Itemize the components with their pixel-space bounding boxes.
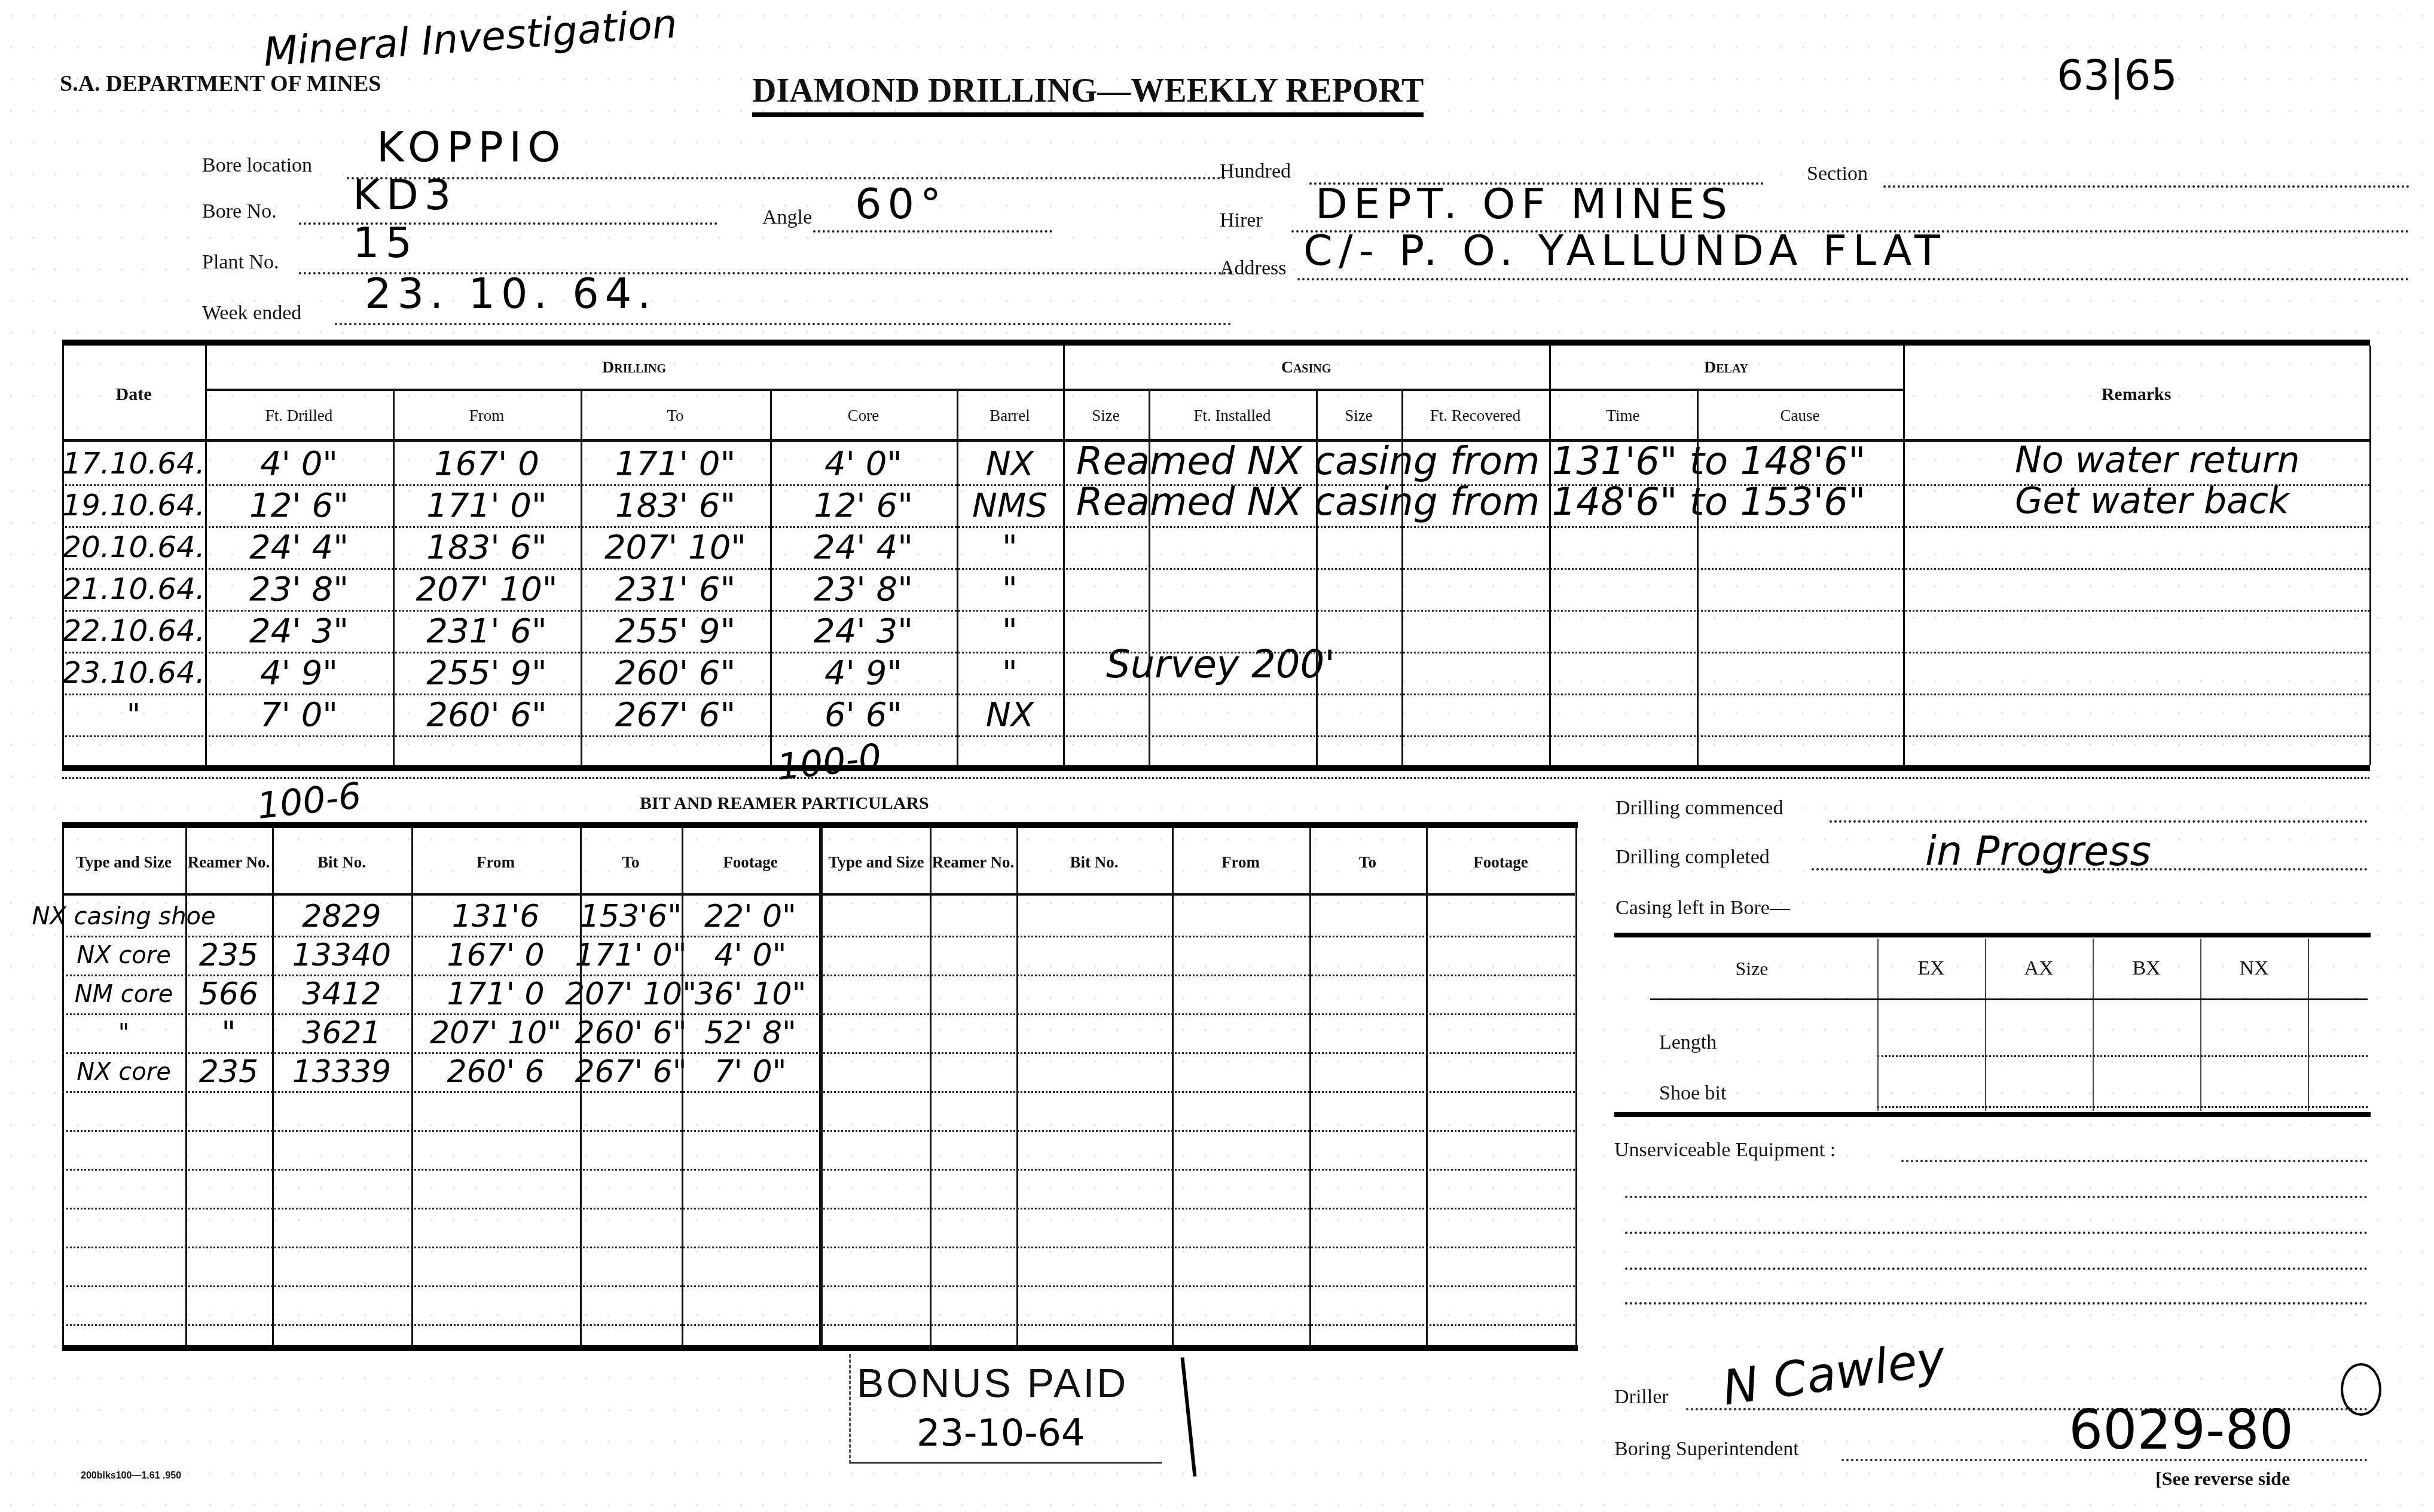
bore-location-label: Bore location: [202, 154, 312, 177]
casing-size-label: Size: [1626, 939, 1877, 998]
cell-ft-drilled: 23' 8": [205, 568, 393, 610]
pen-stroke: [1181, 1357, 1197, 1477]
table-column-rule: [1903, 346, 1905, 765]
cell-from: 183' 6": [393, 526, 581, 568]
column-header: To: [581, 389, 770, 442]
cell-date: 17.10.64.: [62, 442, 205, 484]
bore-no-label: Bore No.: [202, 200, 277, 223]
survey-note: Survey 200': [1106, 643, 1335, 687]
bit-cell-from: 167' 0: [411, 936, 580, 975]
bit-cell-from: 131'6: [411, 897, 580, 936]
cell-date: 22.10.64.: [62, 610, 205, 652]
bit-cell-footage: 22' 0": [682, 897, 819, 936]
column-header: Ft. Recovered: [1401, 389, 1549, 442]
column-header: From: [393, 389, 581, 442]
table-column-rule: [205, 346, 207, 765]
bit-row-rule: [62, 1208, 1575, 1209]
bit-column-rule: [1172, 828, 1174, 1345]
department-name: S.A. DEPARTMENT OF MINES: [60, 71, 381, 97]
week-ended-label: Week ended: [202, 302, 301, 325]
angle-label: Angle: [762, 206, 812, 229]
print-code: 200blks100—1.61 .950: [81, 1471, 181, 1482]
table-column-rule: [581, 389, 582, 765]
column-header: Size: [1063, 389, 1149, 442]
bit-column-rule: [819, 828, 823, 1345]
table-column-rule: [2369, 346, 2371, 765]
table-column-rule: [1549, 346, 1551, 765]
casing-row-length: Length: [1659, 1031, 1717, 1054]
cell-ft-drilled: 24' 4": [205, 526, 393, 568]
bit-cell-type: NX core: [62, 936, 185, 975]
bit-cell-to: 260' 6": [580, 1013, 682, 1052]
column-header: Ft. Drilled: [205, 389, 393, 442]
bore-no-value[interactable]: KD3: [353, 170, 457, 219]
unserviceable-label: Unserviceable Equipment :: [1614, 1139, 1836, 1162]
row-rule: [62, 694, 2369, 695]
bit-column-header: To: [1309, 828, 1426, 897]
address-value[interactable]: C/- P. O. YALLUNDA FLAT: [1303, 226, 1946, 275]
cell-ft-drilled: 24' 3": [205, 610, 393, 652]
bit-cell-reamer: [185, 897, 272, 936]
row-rule: [62, 526, 2369, 528]
bit-row-rule: [62, 1247, 1575, 1248]
bit-row-rule: [62, 1169, 1575, 1171]
bit-row-rule: [62, 1324, 1575, 1326]
margin-note-2: 100-0: [775, 736, 884, 789]
casing-row-rule: [1877, 1106, 2368, 1108]
plant-no-label: Plant No.: [202, 251, 279, 274]
header-delay: Delay: [1549, 347, 1903, 389]
header-drilling: Drilling: [205, 347, 1063, 389]
driller-signature: N Cawley: [1719, 1330, 1949, 1416]
casing-row-rule: [1877, 1055, 2368, 1057]
subheader-rule: [205, 389, 1903, 391]
row-rule: [62, 610, 2369, 612]
header-date: Date: [62, 347, 205, 442]
hirer-value[interactable]: DEPT. OF MINES: [1315, 179, 1733, 228]
drilling-commenced-label: Drilling commenced: [1615, 797, 1783, 820]
file-reference: 63|65: [2057, 51, 2178, 100]
bit-column-header: Footage: [682, 828, 819, 897]
bit-table-title: BIT AND REAMER PARTICULARS: [640, 793, 929, 814]
bit-cell-to: 153'6": [580, 897, 682, 936]
column-header: Ft. Installed: [1149, 389, 1316, 442]
section-label: Section: [1807, 163, 1868, 185]
stamp-date: 23-10-64: [917, 1411, 1085, 1455]
cell-ft-drilled: 4' 0": [205, 442, 393, 484]
week-ended-value[interactable]: 23. 10. 64.: [365, 269, 656, 318]
annotation-mineral-investigation: Mineral Investigation: [262, 1, 679, 75]
bit-column-header: Bit No.: [272, 828, 411, 897]
bit-column-rule: [1426, 828, 1428, 1345]
bit-column-header: Reamer No.: [185, 828, 272, 897]
cell-core: 23' 8": [770, 568, 957, 610]
table-column-rule: [1697, 389, 1699, 765]
bit-row-rule: [62, 1130, 1575, 1132]
column-header: Size: [1316, 389, 1401, 442]
remark-2: Get water back: [2015, 480, 2289, 522]
superintendent-label: Boring Superintendent: [1614, 1438, 1799, 1461]
bit-cell-footage: 36' 10": [682, 975, 819, 1013]
casing-left-label: Casing left in Bore—: [1615, 897, 1790, 920]
row-rule: [62, 484, 2369, 486]
row-rule: [62, 777, 2369, 779]
table-column-rule: [62, 346, 64, 765]
table-column-rule: [1316, 389, 1318, 765]
bit-cell-reamer: 235: [185, 1052, 272, 1091]
bit-cell-from: 260' 6: [411, 1052, 580, 1091]
cell-ft-drilled: 12' 6": [205, 484, 393, 526]
bit-cell-footage: 52' 8": [682, 1013, 819, 1052]
cell-from: 167' 0: [393, 442, 581, 484]
cell-core: 6' 6": [770, 694, 957, 735]
bit-column-header: From: [1172, 828, 1309, 897]
bit-cell-bit: 13339: [272, 1052, 411, 1091]
bit-row-rule: [62, 1285, 1575, 1287]
check-circle-icon: [2341, 1363, 2381, 1416]
bit-column-header: Reamer No.: [930, 828, 1016, 897]
bit-column-rule: [1575, 828, 1577, 1345]
cell-date: 19.10.64.: [62, 484, 205, 526]
cell-date: 23.10.64.: [62, 652, 205, 694]
bit-cell-from: 171' 0: [411, 975, 580, 1013]
bit-cell-type: ": [62, 1013, 185, 1052]
cell-from: 171' 0": [393, 484, 581, 526]
cell-to: 171' 0": [581, 442, 770, 484]
bit-cell-reamer: 235: [185, 936, 272, 975]
bit-cell-type: NX casing shoe: [62, 897, 185, 936]
cell-core: 4' 0": [770, 442, 957, 484]
driller-label: Driller: [1614, 1386, 1669, 1409]
cell-barrel: ": [957, 568, 1063, 610]
angle-value[interactable]: 60°: [855, 179, 947, 228]
table-column-rule: [1063, 346, 1065, 765]
bit-column-header: Type and Size: [823, 828, 930, 897]
cell-barrel: ": [957, 652, 1063, 694]
plant-no-value[interactable]: 15: [353, 218, 418, 267]
bore-location-value[interactable]: KOPPIO: [377, 123, 566, 172]
bit-column-header: To: [580, 828, 682, 897]
cell-to: 255' 9": [581, 610, 770, 652]
header-rule: [62, 439, 2369, 442]
cell-ft-drilled: 7' 0": [205, 694, 393, 735]
casing-size-ax: AX: [1985, 939, 2093, 998]
bit-cell-footage: 4' 0": [682, 936, 819, 975]
column-header: Barrel: [957, 389, 1063, 442]
cell-core: 12' 6": [770, 484, 957, 526]
bit-cell-bit: 2829: [272, 897, 411, 936]
report-title: DIAMOND DRILLING—WEEKLY REPORT: [752, 72, 1424, 117]
casing-note-1: Reamed NX casing from 131'6" to 148'6": [1076, 439, 1865, 484]
address-label: Address: [1220, 257, 1286, 280]
cell-barrel: ": [957, 610, 1063, 652]
row-rule: [62, 652, 2369, 653]
casing-row-shoe-bit: Shoe bit: [1659, 1082, 1726, 1105]
cell-to: 260' 6": [581, 652, 770, 694]
drilling-completed-label: Drilling completed: [1615, 846, 1770, 869]
cell-date: 21.10.64.: [62, 568, 205, 610]
cell-barrel: NX: [957, 694, 1063, 735]
bonus-paid-stamp: BONUS PAID 23-10-64: [849, 1354, 1162, 1464]
bit-cell-to: 171' 0": [580, 936, 682, 975]
stamp-text: BONUS PAID: [857, 1360, 1128, 1407]
hundred-label: Hundred: [1220, 160, 1291, 183]
cell-barrel: NMS: [957, 484, 1063, 526]
bit-cell-type: NM core: [62, 975, 185, 1013]
hirer-label: Hirer: [1220, 209, 1263, 232]
remark-1: No water return: [2015, 439, 2300, 481]
casing-size-ex: EX: [1877, 939, 1985, 998]
header-casing: Casing: [1063, 347, 1549, 389]
column-header: Time: [1549, 389, 1697, 442]
bit-cell-from: 207' 10": [411, 1013, 580, 1052]
cell-core: 4' 9": [770, 652, 957, 694]
bit-column-header: From: [411, 828, 580, 897]
bit-cell-reamer: ": [185, 1013, 272, 1052]
bit-column-rule: [1016, 828, 1018, 1345]
bit-row-rule: [62, 1091, 1575, 1093]
cell-date: 20.10.64.: [62, 526, 205, 568]
bit-cell-reamer: 566: [185, 975, 272, 1013]
bit-cell-footage: 7' 0": [682, 1052, 819, 1091]
bit-column-rule: [1309, 828, 1311, 1345]
cell-to: 207' 10": [581, 526, 770, 568]
bit-column-rule: [930, 828, 932, 1345]
bit-cell-to: 267' 6": [580, 1052, 682, 1091]
table-column-rule: [770, 389, 772, 765]
bit-cell-bit: 3412: [272, 975, 411, 1013]
bit-column-header: Bit No.: [1016, 828, 1172, 897]
cell-to: 231' 6": [581, 568, 770, 610]
bit-column-header: Type and Size: [62, 828, 185, 897]
table-column-rule: [957, 389, 958, 765]
casing-column-rule: [2308, 939, 2309, 1111]
cell-to: 267' 6": [581, 694, 770, 735]
cell-from: 207' 10": [393, 568, 581, 610]
column-header: Core: [770, 389, 957, 442]
bit-cell-to: 207' 10": [580, 975, 682, 1013]
casing-note-2: Reamed NX casing from 148'6" to 153'6": [1076, 480, 1865, 524]
document-number: 6029-80: [2069, 1399, 2293, 1462]
casing-size-bx: BX: [2093, 939, 2200, 998]
casing-size-nx: NX: [2200, 939, 2308, 998]
cell-date: ": [62, 694, 205, 735]
row-rule: [62, 735, 2369, 737]
bit-cell-bit: 3621: [272, 1013, 411, 1052]
cell-barrel: NX: [957, 442, 1063, 484]
cell-from: 255' 9": [393, 652, 581, 694]
bit-column-header: Footage: [1426, 828, 1575, 897]
margin-note-1: 100-6: [255, 775, 364, 827]
table-column-rule: [1401, 389, 1403, 765]
casing-header-rule: [1650, 998, 2368, 1000]
bit-cell-bit: 13340: [272, 936, 411, 975]
cell-barrel: ": [957, 526, 1063, 568]
table-column-rule: [1149, 389, 1150, 765]
column-header: Cause: [1697, 389, 1903, 442]
cell-core: 24' 3": [770, 610, 957, 652]
cell-to: 183' 6": [581, 484, 770, 526]
see-reverse-note: [See reverse side: [2155, 1468, 2290, 1490]
cell-from: 231' 6": [393, 610, 581, 652]
cell-core: 24' 4": [770, 526, 957, 568]
cell-from: 260' 6": [393, 694, 581, 735]
header-remarks: Remarks: [1903, 347, 2369, 442]
bit-cell-type: NX core: [62, 1052, 185, 1091]
row-rule: [62, 568, 2369, 570]
cell-ft-drilled: 4' 9": [205, 652, 393, 694]
table-column-rule: [393, 389, 395, 765]
